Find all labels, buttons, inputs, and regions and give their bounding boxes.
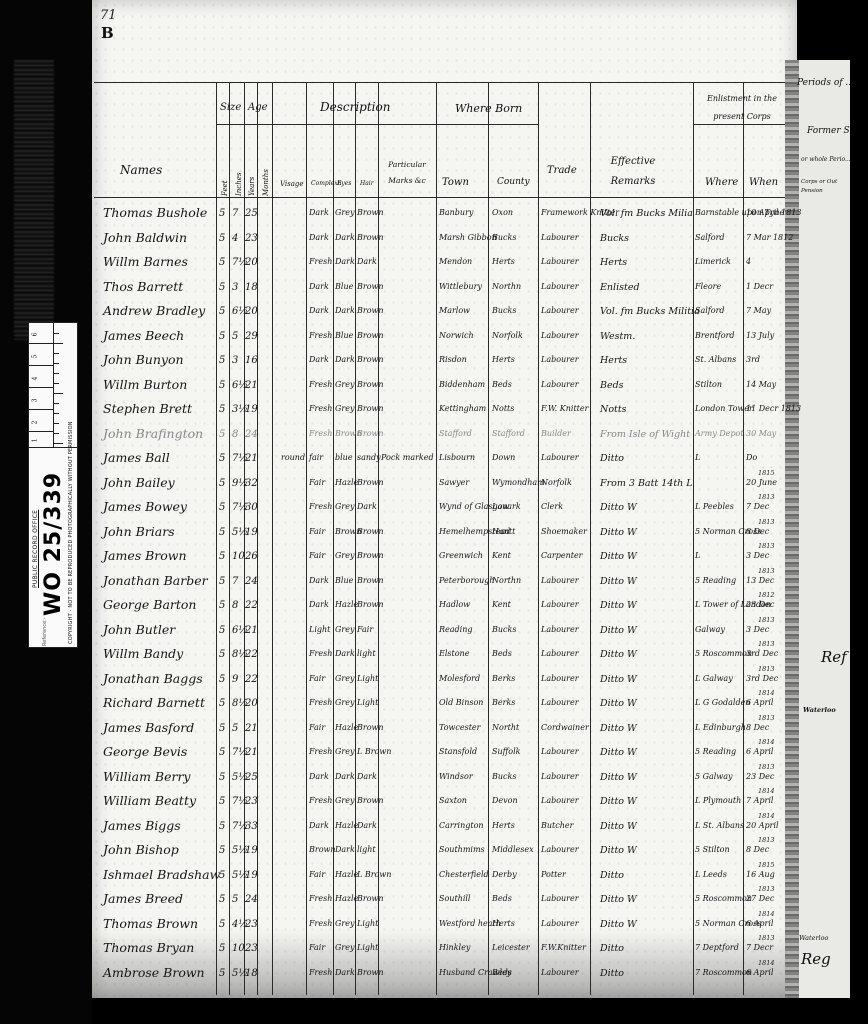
cell-name: Jonathan Baggs (103, 673, 203, 686)
cell-name: Richard Barnett (103, 697, 205, 710)
cell-years: 19 (245, 528, 258, 538)
cell-years: 23 (245, 797, 258, 807)
margin-corps-pension: Corps or Out Pension (801, 178, 841, 196)
cell-years: 16 (245, 356, 258, 366)
cell-eyes: Grey (335, 797, 354, 805)
header-age: Age (248, 102, 268, 113)
header-effective-remarks: Effective Remarks (603, 152, 663, 192)
cell-enlist-when: 13 Dec (746, 577, 774, 585)
cell-complexion: Fresh (309, 405, 332, 413)
cell-years: 29 (245, 332, 258, 342)
cell-town: Norwich (439, 332, 474, 340)
cell-town: Risdon (439, 356, 467, 364)
cell-remarks: Ditto W (600, 724, 637, 734)
cell-inches: 4 (232, 234, 238, 244)
cell-county: Berks (492, 699, 515, 707)
cell-trade: Labourer (541, 356, 579, 364)
cell-county: Down (492, 454, 515, 462)
cell-feet: 5 (219, 773, 225, 783)
cell-name: James Bowey (103, 501, 187, 514)
margin-note-ref: Ref (821, 648, 847, 666)
cell-remarks: Ditto W (600, 650, 637, 660)
cell-feet: 5 (219, 234, 225, 244)
cell-remarks: Ditto W (600, 895, 637, 905)
cell-complexion: Brown (309, 846, 336, 854)
cell-county: Suffolk (492, 748, 521, 756)
cell-complexion: Fresh (309, 430, 332, 438)
margin-note-reg: Reg (801, 950, 831, 968)
cell-years: 22 (245, 650, 258, 660)
cell-complexion: Fresh (309, 332, 332, 340)
cell-enlist-year: 1813 (758, 616, 775, 624)
cell-feet: 5 (219, 283, 225, 293)
header-enlist-when: When (749, 177, 778, 188)
cell-enlist-year: 1813 (758, 493, 775, 501)
cell-enlist-when: Do (746, 454, 757, 462)
cell-town: Lisbourn (439, 454, 475, 462)
cell-county: Oxon (492, 209, 513, 217)
cell-name: Jonathan Barber (103, 575, 208, 588)
cell-enlist-when: 23 Dec (746, 601, 774, 609)
cell-years: 19 (245, 871, 258, 881)
cell-years: 19 (245, 405, 258, 415)
cell-enlist-when: 14 May (746, 381, 776, 389)
cell-town: Peterborough (439, 577, 495, 585)
cell-enlist-when: 4 (746, 258, 751, 266)
cell-county: Middlesex (492, 846, 534, 854)
cell-name: Willm Barnes (103, 256, 188, 269)
cell-years: 18 (245, 283, 258, 293)
cell-hair: Brown (357, 552, 384, 560)
cell-town: Chesterfield (439, 871, 489, 879)
cell-trade: Labourer (541, 650, 579, 658)
cell-enlist-when: 6 April (746, 748, 773, 756)
cell-remarks: Ditto W (600, 846, 637, 856)
cell-enlist-when: 16 Aug (746, 871, 775, 879)
cell-eyes: Grey (335, 699, 354, 707)
cell-complexion: Fresh (309, 503, 332, 511)
cell-enlist-where: Limerick (695, 258, 731, 266)
cell-complexion: Fair (309, 528, 325, 536)
rule-line (216, 124, 538, 125)
cell-enlist-when: 1 Decr (746, 283, 773, 291)
cell-enlist-year: 1814 (758, 738, 775, 746)
cell-years: 21 (245, 626, 258, 636)
cell-trade: Labourer (541, 846, 579, 854)
cell-inches: 5 (232, 332, 238, 342)
cell-name: John Baldwin (103, 232, 187, 245)
cell-enlist-where: 5 Reading (695, 577, 736, 585)
cell-name: George Barton (103, 599, 196, 612)
cell-county: Hantt (492, 528, 515, 536)
cell-complexion: Light (309, 626, 330, 634)
cell-years: 25 (245, 773, 258, 783)
cell-enlist-where: L Plymouth (695, 797, 741, 805)
cell-feet: 5 (219, 258, 225, 268)
cell-years: 23 (245, 234, 258, 244)
cell-eyes: Grey (335, 675, 354, 683)
cell-inches: 9 (232, 675, 238, 685)
cell-hair: Brown (357, 895, 384, 903)
cell-complexion: Dark (309, 577, 329, 585)
cell-remarks: Ditto W (600, 552, 637, 562)
cell-hair: light (357, 650, 376, 658)
cell-county: Bucks (492, 234, 516, 242)
column-line (272, 82, 273, 995)
cell-county: Notts (492, 405, 514, 413)
cell-particular-marks: Pock marked (381, 454, 434, 462)
cell-remarks: Herts (600, 356, 627, 366)
cell-enlist-where: St. Albans (695, 356, 736, 364)
cell-years: 18 (245, 969, 258, 979)
cell-name: James Biggs (103, 820, 181, 833)
cell-town: Kettingham (439, 405, 486, 413)
cell-name: William Beatty (103, 795, 196, 808)
cell-hair: Brown (357, 209, 384, 217)
cell-eyes: Hazle (335, 822, 358, 830)
cell-county: Derby (492, 871, 517, 879)
cell-enlist-year: 1813 (758, 885, 775, 893)
cell-enlist-year: 1814 (758, 959, 775, 967)
cell-remarks: Westm. (600, 332, 635, 342)
cell-name: John Butler (103, 624, 175, 637)
cell-remarks: Ditto W (600, 822, 637, 832)
cell-county: Beds (492, 895, 512, 903)
cell-years: 21 (245, 724, 258, 734)
header-years: Years (248, 177, 256, 196)
cell-enlist-where: L Edinburgh (695, 724, 746, 732)
cell-remarks: Beds (600, 381, 624, 391)
cell-town: Southill (439, 895, 471, 903)
header-town: Town (442, 177, 469, 188)
cell-feet: 5 (219, 356, 225, 366)
cell-complexion: Fresh (309, 748, 332, 756)
cell-enlist-year: 1814 (758, 689, 775, 697)
column-line (590, 82, 591, 995)
column-line (333, 82, 334, 995)
cell-enlist-year: 1813 (758, 518, 775, 526)
cell-name: James Basford (103, 722, 194, 735)
cell-trade: Cordwainer (541, 724, 589, 732)
cell-town: Stafford (439, 430, 472, 438)
cell-town: Elstone (439, 650, 469, 658)
cell-years: 19 (245, 846, 258, 856)
cell-enlist-when: 10 April 1813 (746, 209, 801, 217)
cell-complexion: Fresh (309, 797, 332, 805)
cell-enlist-when: 3 Dec (746, 626, 769, 634)
cell-feet: 5 (219, 503, 225, 513)
cell-enlist-where: 5 Roscommon (695, 650, 752, 658)
cell-complexion: Dark (309, 773, 329, 781)
cell-feet: 5 (219, 650, 225, 660)
cell-feet: 5 (219, 209, 225, 219)
cell-trade: Builder (541, 430, 571, 438)
cell-years: 23 (245, 944, 258, 954)
cell-enlist-year: 1813 (758, 714, 775, 722)
cell-trade: Labourer (541, 307, 579, 315)
cell-complexion: Dark (309, 283, 329, 291)
cell-feet: 5 (219, 479, 225, 489)
cell-county: Bucks (492, 307, 516, 315)
cell-eyes: Grey (335, 944, 354, 952)
cell-enlist-where: Salford (695, 307, 725, 315)
cell-eyes: Grey (335, 552, 354, 560)
cell-trade: Labourer (541, 773, 579, 781)
cell-hair: Brown (357, 797, 384, 805)
cell-hair: Light (357, 675, 378, 683)
cell-trade: Shoemaker (541, 528, 587, 536)
cell-eyes: Hazle (335, 479, 358, 487)
cell-inches: 3 (232, 356, 238, 366)
cell-name: James Ball (103, 452, 170, 465)
cell-hair: Dark (357, 773, 377, 781)
cell-name: Andrew Bradley (103, 305, 205, 318)
cell-eyes: Grey (335, 503, 354, 511)
cell-complexion: Fresh (309, 969, 332, 977)
cell-town: Banbury (439, 209, 473, 217)
cell-complexion: Fresh (309, 920, 332, 928)
cell-eyes: Grey (335, 626, 354, 634)
cell-enlist-where: 7 Deptford (695, 944, 739, 952)
cell-inches: 10 (232, 552, 245, 562)
cell-name: John Briars (103, 526, 175, 539)
cell-complexion: Fair (309, 552, 325, 560)
cell-inches: 5 (232, 895, 238, 905)
cell-enlist-where: 5 Galway (695, 773, 733, 781)
cell-enlist-when: 8 Dec (746, 724, 769, 732)
cell-name: John Bailey (103, 477, 175, 490)
header-particular-marks: Particular Marks &c (383, 157, 431, 189)
cell-trade: Labourer (541, 332, 579, 340)
cell-years: 21 (245, 748, 258, 758)
cell-remarks: Ditto W (600, 577, 637, 587)
cell-trade: Labourer (541, 675, 579, 683)
cell-name: John Bishop (103, 844, 179, 857)
cell-county: Herts (492, 258, 515, 266)
cell-county: Devon (492, 797, 518, 805)
cell-enlist-when: 3 Dec (746, 552, 769, 560)
cell-feet: 5 (219, 920, 225, 930)
cell-county: Kent (492, 552, 511, 560)
cell-trade: Labourer (541, 601, 579, 609)
cell-remarks: Vol. fm Bucks Militia (600, 307, 700, 317)
cell-name: John Bunyon (103, 354, 184, 367)
cell-enlist-where: L (695, 552, 700, 560)
cell-trade: Butcher (541, 822, 573, 830)
cell-remarks: Ditto W (600, 626, 637, 636)
cell-hair: Brown (357, 724, 384, 732)
cell-enlist-year: 1812 (758, 591, 775, 599)
cell-trade: Labourer (541, 797, 579, 805)
margin-whole-period: or whole Perio... (801, 156, 851, 163)
cell-hair: L Brown (357, 871, 391, 879)
cell-enlist-when: 6 April (746, 920, 773, 928)
cell-hair: Brown (357, 430, 384, 438)
cell-feet: 5 (219, 797, 225, 807)
cell-name: Stephen Brett (103, 403, 192, 416)
column-line (693, 82, 694, 995)
cell-county: Beds (492, 381, 512, 389)
cell-trade: Labourer (541, 283, 579, 291)
cell-county: Norfolk (492, 332, 523, 340)
cell-hair: Brown (357, 283, 384, 291)
cell-county: Stafford (492, 430, 525, 438)
page-gutter (785, 60, 799, 1000)
cell-enlist-year: 1813 (758, 665, 775, 673)
cell-eyes: Dark (335, 234, 355, 242)
cell-county: Bucks (492, 773, 516, 781)
cell-town: Hadlow (439, 601, 470, 609)
cell-enlist-where: L Leeds (695, 871, 727, 879)
cell-years: 22 (245, 675, 258, 685)
cell-name: Thomas Bryan (103, 942, 194, 955)
cell-remarks: Herts (600, 258, 627, 268)
cell-years: 25 (245, 209, 258, 219)
cell-complexion: fair (309, 454, 323, 462)
cell-town: Windsor (439, 773, 473, 781)
cell-enlist-when: 23 Dec (746, 773, 774, 781)
cell-inches: 8 (232, 430, 238, 440)
cell-trade: Labourer (541, 748, 579, 756)
cell-feet: 5 (219, 307, 225, 317)
cell-enlist-where: L Peebles (695, 503, 734, 511)
cell-years: 23 (245, 920, 258, 930)
cell-trade: Labourer (541, 626, 579, 634)
cell-eyes: Dark (335, 846, 355, 854)
cell-feet: 5 (219, 724, 225, 734)
cell-enlist-where: 7 Roscommon (695, 969, 752, 977)
cell-county: Beds (492, 650, 512, 658)
cell-enlist-where: Stilton (695, 381, 722, 389)
cell-eyes: Blue (335, 332, 353, 340)
cell-hair: Brown (357, 479, 384, 487)
cell-trade: Norfolk (541, 479, 572, 487)
cell-remarks: Ditto (600, 454, 624, 464)
cell-enlist-year: 1813 (758, 836, 775, 844)
cell-name: James Brown (103, 550, 187, 563)
cell-enlist-year: 1813 (758, 934, 775, 942)
column-line (306, 82, 307, 995)
cell-complexion: Dark (309, 307, 329, 315)
cell-enlist-where: 5 Roscommon (695, 895, 752, 903)
cell-feet: 5 (219, 969, 225, 979)
column-line (488, 82, 489, 995)
cell-county: Northn (492, 577, 521, 585)
cell-feet: 5 (219, 699, 225, 709)
cell-name: Thos Barrett (103, 281, 183, 294)
cell-trade: F.W.Knitter (541, 944, 586, 952)
cell-county: Wymondham (492, 479, 545, 487)
cell-years: 20 (245, 699, 258, 709)
cell-complexion: Dark (309, 234, 329, 242)
cell-name: Thomas Bushole (103, 207, 207, 220)
header-where-born: Where Born (455, 102, 522, 115)
cell-enlist-where: L (695, 454, 700, 462)
cell-enlist-where: Salford (695, 234, 725, 242)
column-line (436, 82, 437, 995)
cell-county: Northt (492, 724, 519, 732)
cell-complexion: Fresh (309, 699, 332, 707)
cell-complexion: Fair (309, 479, 325, 487)
cell-hair: Dark (357, 258, 377, 266)
cell-county: Herts (492, 822, 515, 830)
header-inches: Inches (235, 173, 243, 196)
cell-enlist-where: Galway (695, 626, 725, 634)
column-line (216, 82, 217, 995)
cell-enlist-where: L G Godalden (695, 699, 750, 707)
cell-enlist-when: 7 Mar 1812 (746, 234, 793, 242)
cell-complexion: Fresh (309, 650, 332, 658)
cell-remarks: Ditto (600, 944, 624, 954)
cell-enlist-where: L St. Albans (695, 822, 744, 830)
cell-town: Mendon (439, 258, 472, 266)
cell-enlist-where: 5 Stilton (695, 846, 730, 854)
cell-hair: Brown (357, 405, 384, 413)
cell-hair: light (357, 846, 376, 854)
cell-trade: Labourer (541, 699, 579, 707)
cell-eyes: Dark (335, 773, 355, 781)
cell-enlist-when: 20 April (746, 822, 779, 830)
cell-feet: 5 (219, 748, 225, 758)
cell-complexion: Fair (309, 871, 325, 879)
cell-town: Old Binson (439, 699, 483, 707)
header-enlistment: Enlistment in the present Corps (697, 90, 787, 126)
cell-feet: 5 (219, 552, 225, 562)
cell-eyes: Dark (335, 650, 355, 658)
cell-eyes: Hazle (335, 895, 358, 903)
cell-remarks: Ditto W (600, 601, 637, 611)
cell-feet: 5 (219, 822, 225, 832)
cell-enlist-when: 3rd (746, 356, 760, 364)
column-line (355, 82, 356, 995)
cell-hair: Brown (357, 307, 384, 315)
cell-town: Marlow (439, 307, 470, 315)
cell-name: James Breed (103, 893, 183, 906)
cell-town: Saxton (439, 797, 467, 805)
cell-complexion: Dark (309, 209, 329, 217)
cell-years: 21 (245, 381, 258, 391)
cell-county: Lanark (492, 503, 521, 511)
header-county: County (497, 177, 530, 187)
cell-remarks: Ditto W (600, 675, 637, 685)
cell-enlist-when: 8 Dec (746, 528, 769, 536)
cell-enlist-where: Army Depot (695, 430, 744, 438)
cell-enlist-when: 11 Decr 1813 (746, 405, 801, 413)
cell-eyes: Dark (335, 258, 355, 266)
cell-remarks: From 3 Batt 14th L (600, 479, 693, 489)
cell-county: Herts (492, 356, 515, 364)
cell-eyes: Blue (335, 283, 353, 291)
cell-complexion: Fresh (309, 258, 332, 266)
cell-enlist-when: 30 May (746, 430, 776, 438)
cell-enlist-when: 8 Dec (746, 846, 769, 854)
cell-eyes: Hazle (335, 871, 358, 879)
cell-name: Ambrose Brown (103, 967, 205, 980)
cell-name: Willm Burton (103, 379, 187, 392)
header-enlist-where: Where (705, 177, 738, 188)
cell-eyes: Dark (335, 307, 355, 315)
cell-years: 22 (245, 601, 258, 611)
cell-enlist-year: 1813 (758, 763, 775, 771)
cell-hair: Brown (357, 969, 384, 977)
cell-trade: Labourer (541, 454, 579, 462)
cell-remarks: Ditto W (600, 920, 637, 930)
cell-town: Stansfold (439, 748, 477, 756)
cell-trade: Labourer (541, 920, 579, 928)
header-names: Names (120, 163, 162, 177)
cell-town: Hinkley (439, 944, 470, 952)
cell-enlist-when: 7 April (746, 797, 773, 805)
